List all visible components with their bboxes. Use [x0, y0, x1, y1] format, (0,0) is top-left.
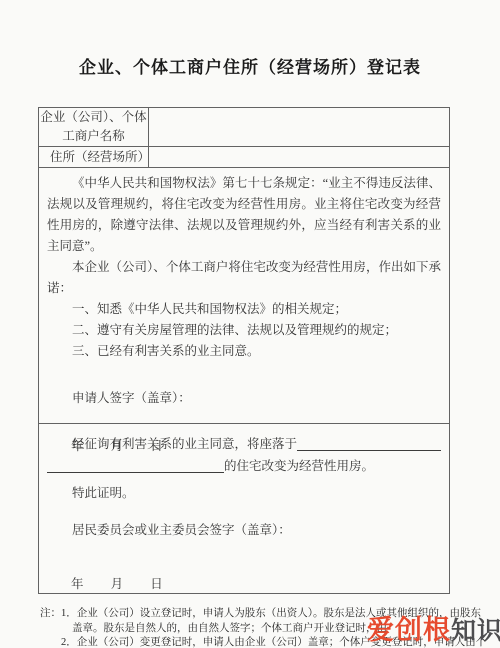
registration-form-table: 企业（公司）、个体 工商户名称 住所（经营场所） 《中华人民共和国物权法》第七十…	[38, 107, 450, 594]
page-title: 企业、个体工商户住所（经营场所）登记表	[0, 53, 500, 78]
name-field-value[interactable]	[149, 108, 449, 146]
footnotes-label: 注：	[40, 607, 61, 648]
watermark-primary-text: 爱创根	[367, 615, 451, 645]
address-row: 住所（经营场所）	[39, 147, 449, 168]
commitment-item-3: 三、已经有利害关系的业主同意。	[47, 341, 441, 362]
consent-line-2: 的住宅改变为经营性用房。	[47, 455, 441, 477]
applicant-signature-label: 申请人签字（盖章）：	[47, 388, 441, 409]
commitment-item-1: 一、知悉《中华人民共和国物权法》的相关规定；	[47, 299, 441, 320]
site-watermark: 爱创根知识网	[367, 608, 500, 647]
name-label-line1: 企业（公司）、个体	[40, 108, 146, 127]
committee-certificate-block: 经征询有利害关系的业主同意，将座落于 的住宅改变为经营性用房。 特此证明。 居民…	[39, 424, 449, 595]
name-field-label: 企业（公司）、个体 工商户名称	[39, 108, 149, 146]
address-blank-line-2[interactable]	[47, 463, 224, 473]
consent-suffix: 的住宅改变为经营性用房。	[224, 455, 374, 477]
address-field-label: 住所（经营场所）	[39, 147, 149, 167]
address-field-value[interactable]	[149, 147, 449, 167]
address-blank-line-1[interactable]	[297, 441, 441, 451]
name-row: 企业（公司）、个体 工商户名称	[39, 108, 449, 147]
law-quote-paragraph: 《中华人民共和国物权法》第七十七条规定：“业主不得违反法律、法规以及管理规约，将…	[47, 173, 441, 257]
consent-prefix: 经征询有利害关系的业主同意，将座落于	[47, 433, 297, 455]
declaration-block: 《中华人民共和国物权法》第七十七条规定：“业主不得违反法律、法规以及管理规约，将…	[39, 168, 449, 424]
commitment-intro: 本企业（公司）、个体工商户将住宅改变为经营性用房，作出如下承诺：	[47, 257, 441, 299]
year-label: 年	[71, 577, 84, 591]
day-label: 日	[150, 577, 163, 591]
watermark-secondary-text: 知识网	[451, 617, 500, 645]
name-label-line2: 工商户名称	[62, 127, 125, 146]
certificate-statement: 特此证明。	[47, 483, 441, 504]
consent-line-1: 经征询有利害关系的业主同意，将座落于	[47, 433, 441, 455]
commitment-item-2: 二、遵守有关房屋管理的法律、法规以及管理规约的规定；	[47, 320, 441, 341]
committee-signature-label: 居民委员会或业主委员会签字（盖章）：	[47, 520, 441, 541]
month-label: 月	[111, 577, 124, 591]
certificate-date-line: 年 月 日	[47, 574, 441, 595]
